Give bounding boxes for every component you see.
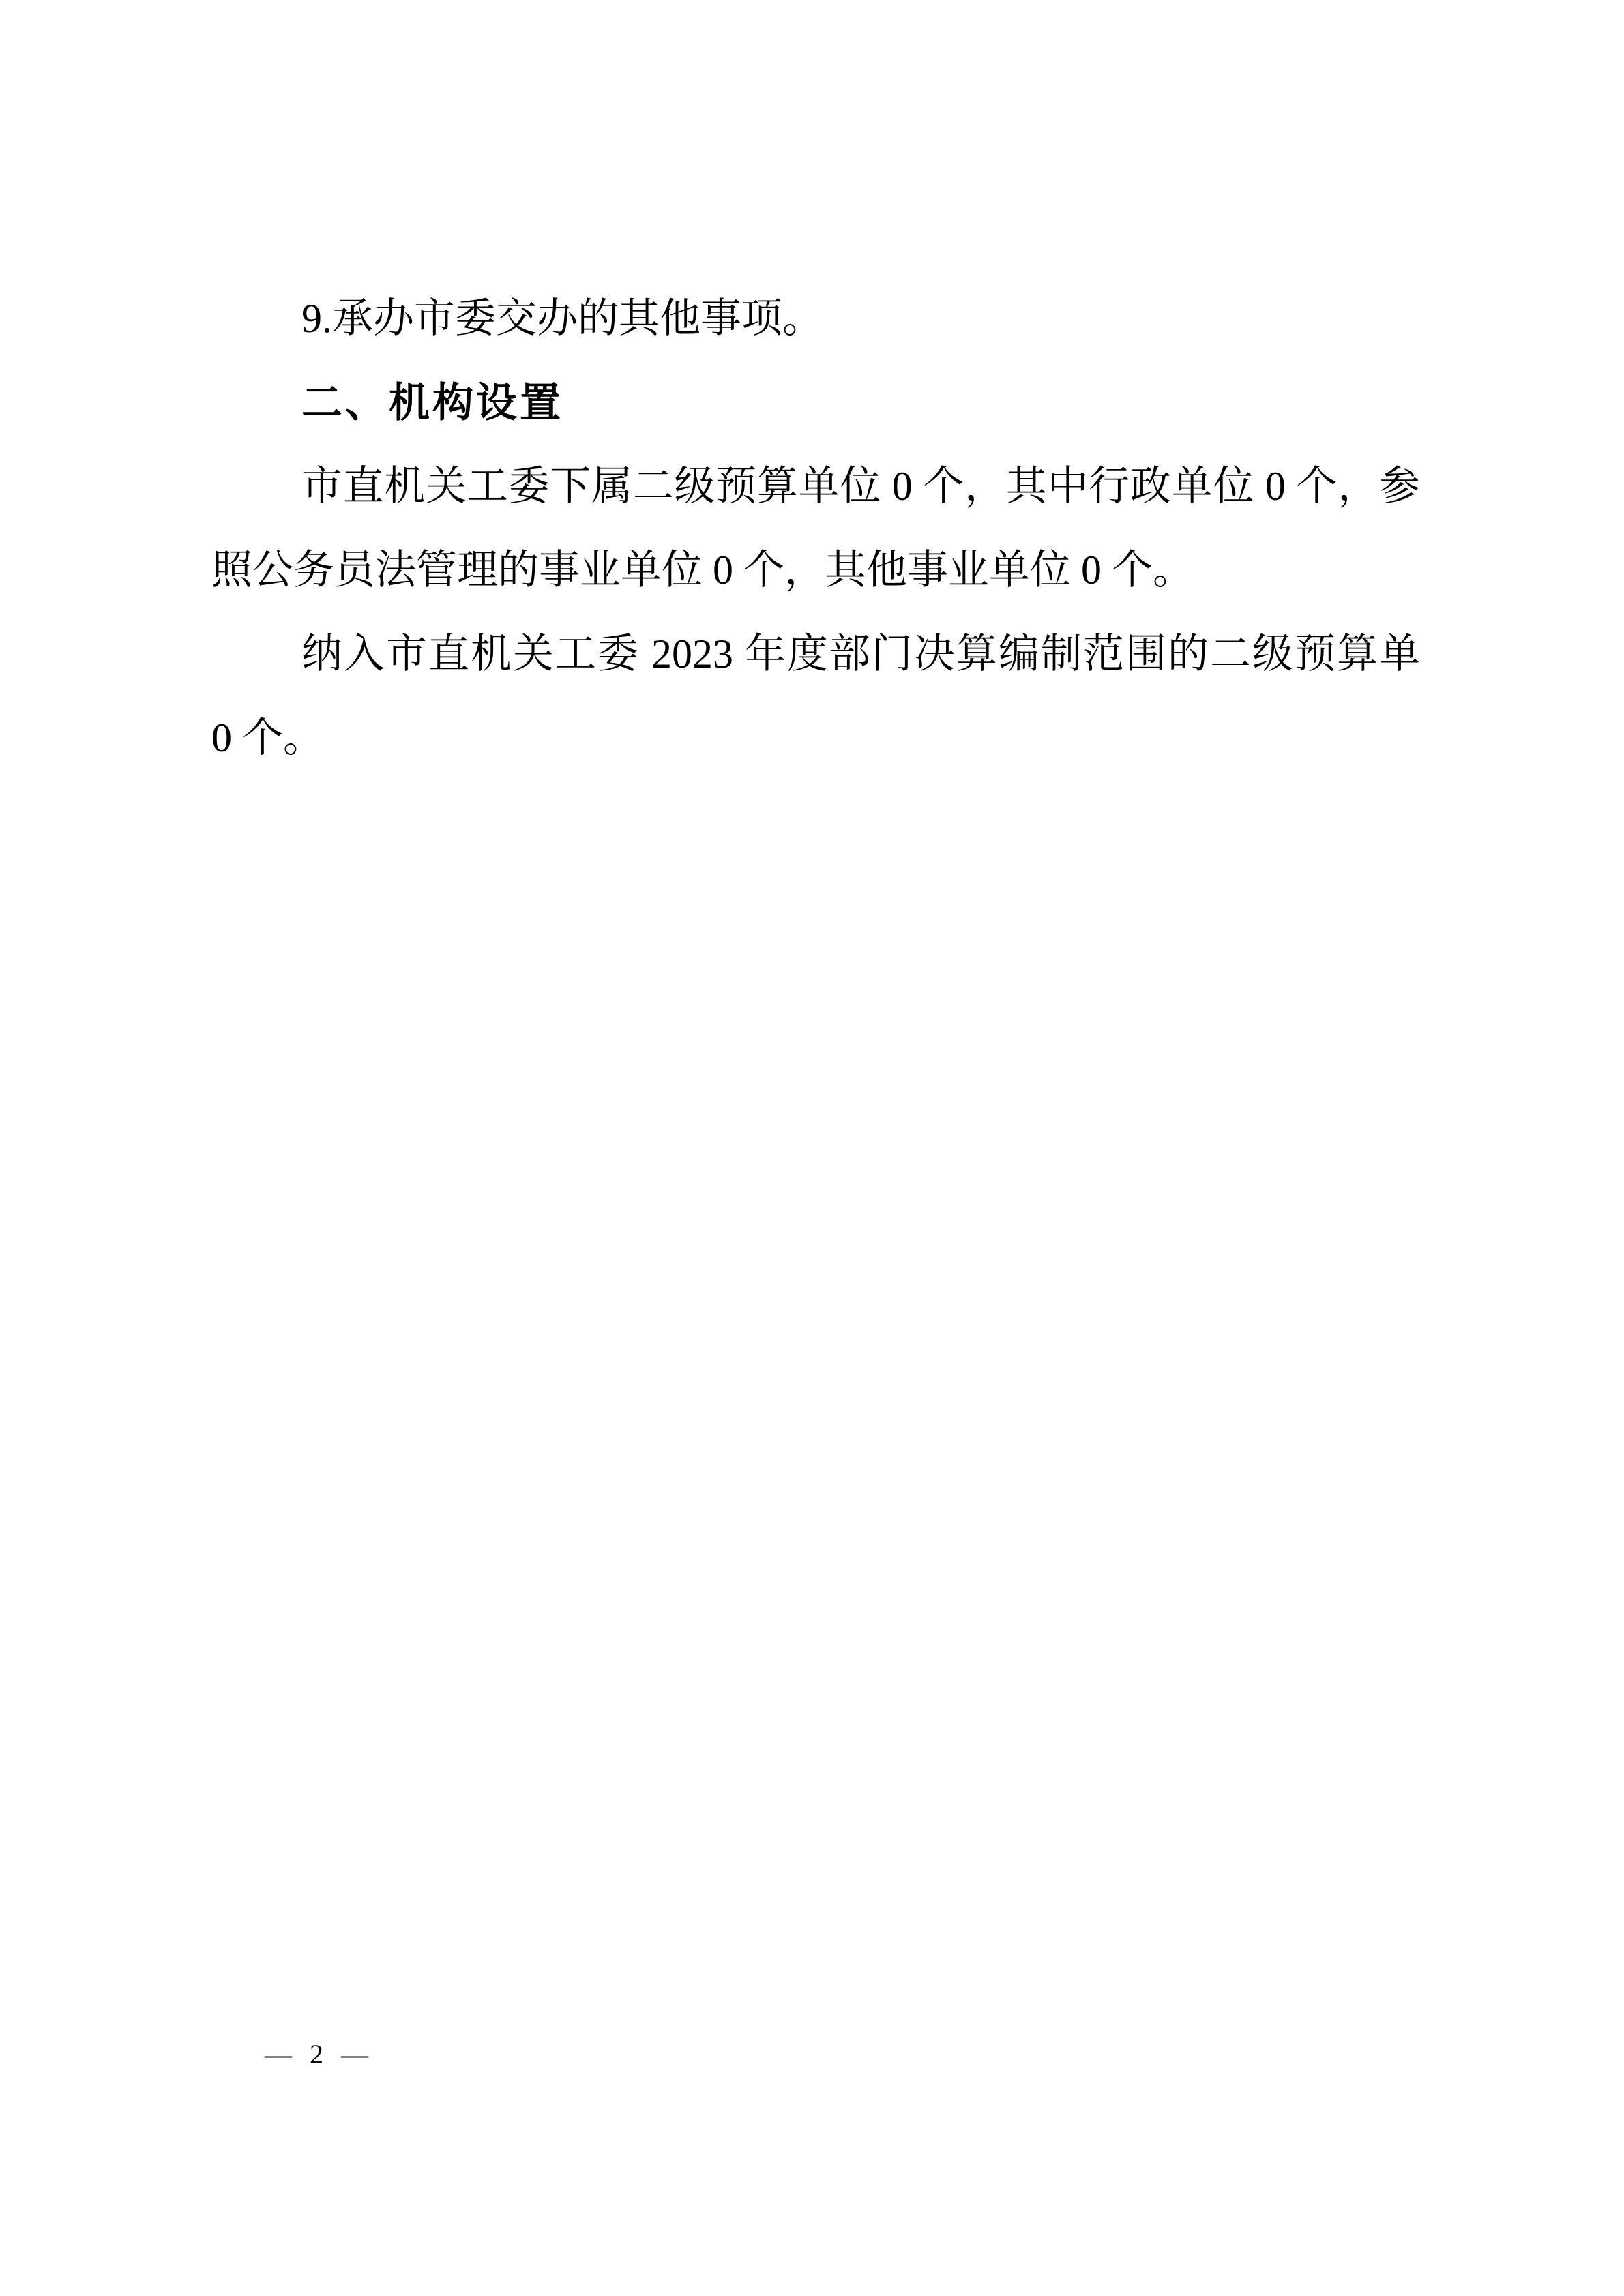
list-item-9: 9.承办市委交办的其他事项。 xyxy=(211,277,1420,361)
section-heading-organization-setup: 二、机构设置 xyxy=(211,361,1420,445)
document-page: 9.承办市委交办的其他事项。 二、机构设置 市直机关工委下属二级预算单位 0 个… xyxy=(0,0,1624,2296)
paragraph-org-line-2: 照公务员法管理的事业单位 0 个，其他事业单位 0 个。 xyxy=(211,528,1420,612)
document-content: 9.承办市委交办的其他事项。 二、机构设置 市直机关工委下属二级预算单位 0 个… xyxy=(211,277,1420,780)
paragraph-budget-line-1: 纳入市直机关工委 2023 年度部门决算编制范围的二级预算单位 xyxy=(211,612,1420,696)
paragraph-org-line-1: 市直机关工委下属二级预算单位 0 个，其中行政单位 0 个，参 xyxy=(211,445,1420,528)
paragraph-budget-line-2: 0 个。 xyxy=(211,696,1420,780)
page-number: — 2 — xyxy=(265,2038,374,2072)
